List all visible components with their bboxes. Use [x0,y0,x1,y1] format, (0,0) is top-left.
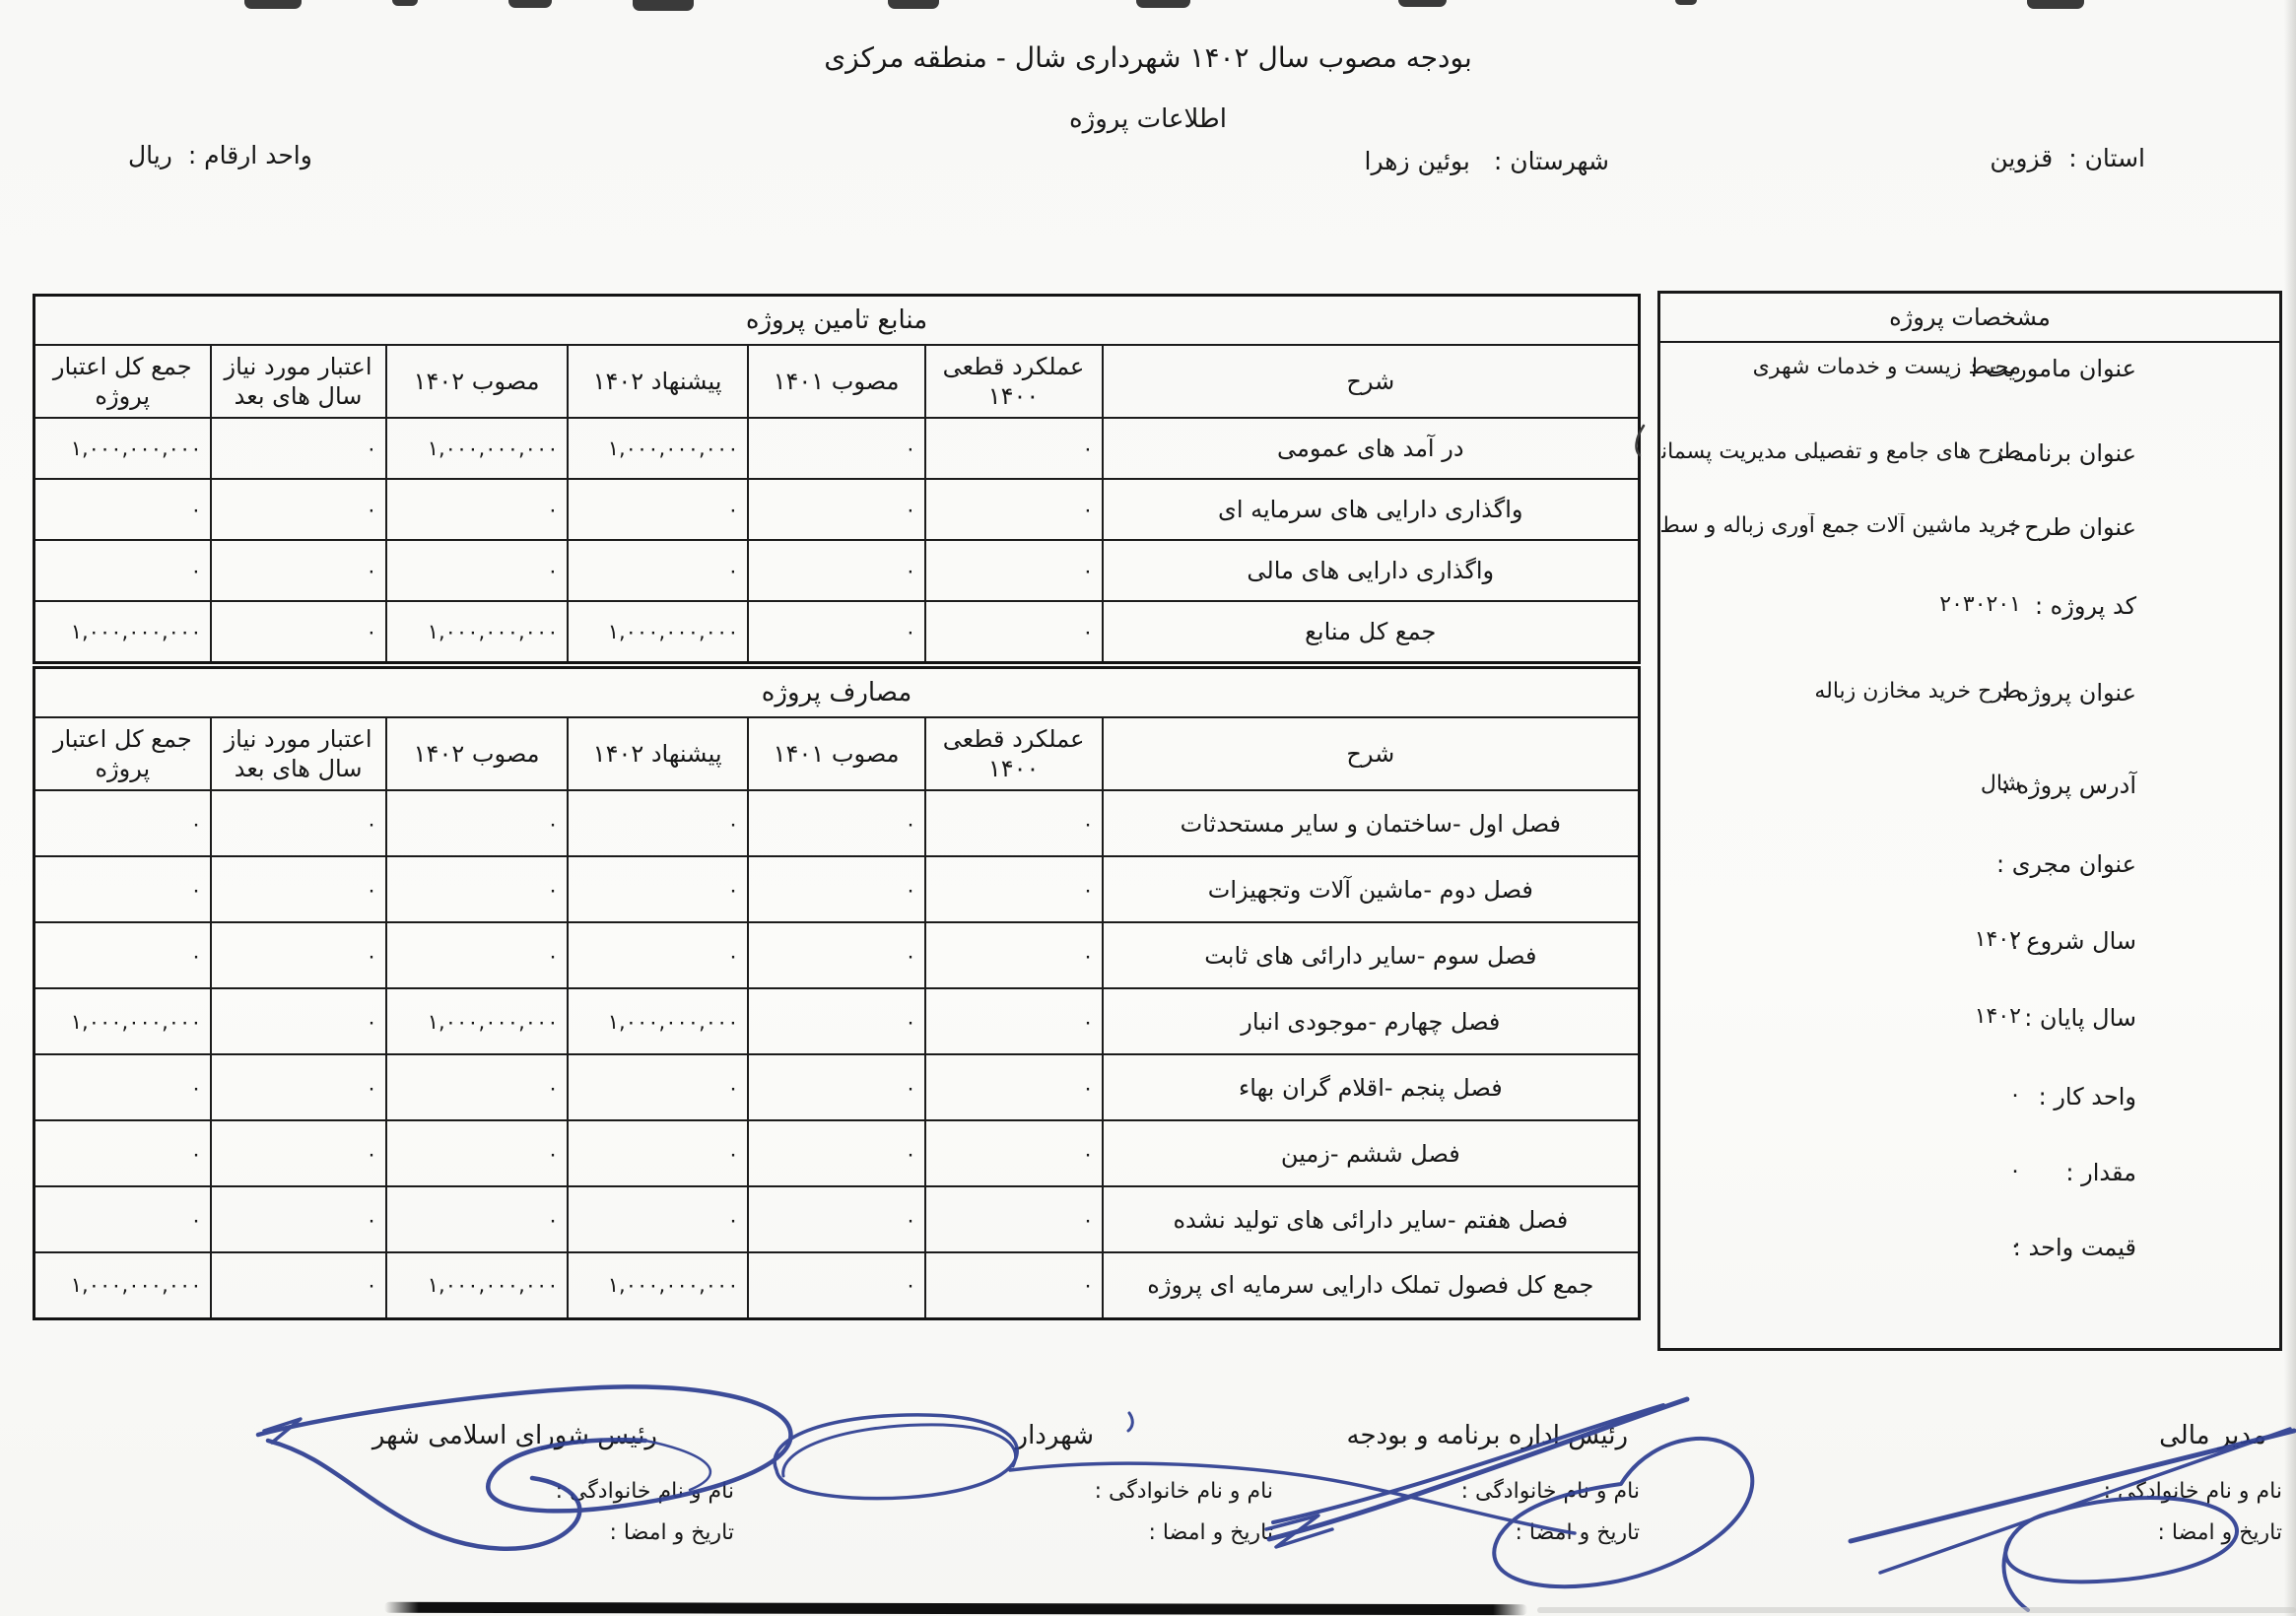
cell-proposed-1402: ۱,۰۰۰,۰۰۰,۰۰۰ [568,601,748,662]
table-row: فصل سوم -سایر دارائی های ثابت ۰ ۰ ۰ ۰ ۰ … [34,922,1640,988]
spec-field-label: مقدار : [2065,1159,2136,1186]
cell-actual-1400: ۰ [925,922,1103,988]
finance-signature-stroke [2004,1539,2028,1610]
col-desc: شرح [1103,717,1640,790]
cell-proposed-1402: ۰ [568,856,748,922]
cell-approved-1402: ۰ [386,1120,568,1186]
row-description: واگذاری دارایی های سرمایه ای [1103,479,1640,540]
spec-field-label: کد پروژه : [2035,592,2136,620]
row-description: فصل ششم -زمین [1103,1120,1640,1186]
cell-approved-1401: ۰ [748,988,925,1054]
date-signature-label: تاریخ و امضا : [372,1519,734,1547]
mayor-signature-stroke [783,1425,1016,1476]
province-label: استان : [2068,144,2145,172]
cell-proposed-1402: ۱,۰۰۰,۰۰۰,۰۰۰ [568,1252,748,1318]
spec-field-row: کد پروژه : ۲۰۳۰۲۰۱ [1660,592,2279,626]
signature-block-budget-office-head: رئیس اداره برنامه و بودجه نام و نام خانو… [1347,1419,1640,1547]
table-row: فصل چهارم -موجودی انبار ۰ ۰ ۱,۰۰۰,۰۰۰,۰۰… [34,988,1640,1054]
cell-proposed-1402: ۰ [568,1054,748,1120]
cell-actual-1400: ۰ [925,988,1103,1054]
cell-proposed-1402: ۱,۰۰۰,۰۰۰,۰۰۰ [568,418,748,479]
col-actual-1400: عملکرد قطعی ۱۴۰۰ [925,345,1103,418]
uses-table-title: مصارف پروژه [34,668,1640,718]
scan-artifact [1398,0,1447,7]
cell-actual-1400: ۰ [925,790,1103,856]
scan-artifact [633,0,694,11]
project-expenditures-table: مصارف پروژه شرح عملکرد قطعی ۱۴۰۰ مصوب ۱۴… [33,666,1641,1320]
cell-approved-1402: ۰ [386,1054,568,1120]
cell-approved-1402: ۰ [386,922,568,988]
sources-table-header-row: شرح عملکرد قطعی ۱۴۰۰ مصوب ۱۴۰۱ پیشنهاد ۱… [34,345,1640,418]
signature-block-mayor: شهردار نام و نام خانوادگی : تاریخ و امضا… [1016,1419,1273,1547]
spec-field-label: عنوان پروژه : [2001,679,2136,707]
cell-future-years: ۰ [211,1186,386,1252]
spec-field-value: ۱۴۰۲ [1975,1004,2021,1029]
date-signature-label: تاریخ و امضا : [1347,1519,1640,1547]
cell-actual-1400: ۰ [925,1252,1103,1318]
council-signature-stroke [264,1419,301,1443]
cell-total: ۱,۰۰۰,۰۰۰,۰۰۰ [34,1252,211,1318]
date-signature-label: تاریخ و امضا : [2104,1519,2282,1547]
county-value: بوئین زهرا [1365,147,1470,175]
row-description: فصل سوم -سایر دارائی های ثابت [1103,922,1640,988]
row-description: جمع کل فصول تملک دارایی سرمایه ای پروژه [1103,1252,1640,1318]
cell-proposed-1402: ۰ [568,790,748,856]
table-row: جمع کل منابع ۰ ۰ ۱,۰۰۰,۰۰۰,۰۰۰ ۱,۰۰۰,۰۰۰… [34,601,1640,662]
spec-field-label: واحد کار : [2039,1083,2136,1111]
cell-actual-1400: ۰ [925,540,1103,601]
cell-total: ۱,۰۰۰,۰۰۰,۰۰۰ [34,988,211,1054]
col-approved-1402: مصوب ۱۴۰۲ [386,717,568,790]
cell-total: ۰ [34,540,211,601]
cell-proposed-1402: ۰ [568,540,748,601]
cell-actual-1400: ۰ [925,1120,1103,1186]
spec-field-value: شال [1981,772,2021,796]
cell-total: ۱,۰۰۰,۰۰۰,۰۰۰ [34,601,211,662]
table-row: واگذاری دارایی های مالی ۰ ۰ ۰ ۰ ۰ ۰ [34,540,1640,601]
table-row: فصل اول -ساختمان و سایر مستحدثات ۰ ۰ ۰ ۰… [34,790,1640,856]
uses-table-header-row: شرح عملکرد قطعی ۱۴۰۰ مصوب ۱۴۰۱ پیشنهاد ۱… [34,717,1640,790]
spec-field-value: ۰ [2009,1234,2021,1258]
cell-future-years: ۰ [211,479,386,540]
spec-field-label: آدرس پروژه : [2001,772,2136,799]
cell-approved-1401: ۰ [748,418,925,479]
table-row: در آمد های عمومی ۰ ۰ ۱,۰۰۰,۰۰۰,۰۰۰ ۱,۰۰۰… [34,418,1640,479]
mayor-signature-stroke [775,1415,1017,1499]
cell-approved-1402: ۱,۰۰۰,۰۰۰,۰۰۰ [386,418,568,479]
county-label: شهرستان : [1494,147,1609,175]
scan-artifact [392,0,418,6]
table-row: فصل دوم -ماشین آلات وتجهیزات ۰ ۰ ۰ ۰ ۰ ۰ [34,856,1640,922]
cell-approved-1401: ۰ [748,922,925,988]
col-total: جمع کل اعتبار پروژه [34,345,211,418]
spec-field-row: قیمت واحد : ۰ [1660,1234,2279,1267]
spec-field-row: عنوان پروژه : طرح خرید مخازن زباله [1660,679,2279,712]
project-specifications-panel: مشخصات پروژه عنوان ماموریت : محیط زیست و… [1657,291,2282,1351]
currency-unit-value: ریال [128,141,172,169]
row-description: فصل اول -ساختمان و سایر مستحدثات [1103,790,1640,856]
county-field: شهرستان : بوئین زهرا [1365,147,1609,175]
col-future-years: اعتبار مورد نیاز سال های بعد [211,717,386,790]
spec-field-row: آدرس پروژه : شال [1660,772,2279,805]
cell-future-years: ۰ [211,988,386,1054]
row-description: در آمد های عمومی [1103,418,1640,479]
cell-approved-1402: ۰ [386,540,568,601]
signature-title: مدیر مالی [2104,1419,2266,1452]
signature-block-council-head: رئیس شورای اسلامی شهر نام و نام خانوادگی… [372,1419,734,1547]
cell-approved-1402: ۱,۰۰۰,۰۰۰,۰۰۰ [386,1252,568,1318]
spec-field-value: ۲۰۳۰۲۰۱ [1939,592,2021,617]
spec-field-value: خرید ماشین آلات جمع آوری زباله و سطل های… [1661,513,2021,538]
cell-proposed-1402: ۰ [568,922,748,988]
col-proposed-1402: پیشنهاد ۱۴۰۲ [568,345,748,418]
scan-artifact [384,1602,1527,1615]
cell-future-years: ۰ [211,1054,386,1120]
cell-actual-1400: ۰ [925,856,1103,922]
cell-total: ۰ [34,1186,211,1252]
scan-artifact [1537,1607,2296,1613]
cell-approved-1402: ۰ [386,856,568,922]
name-label: نام و نام خانوادگی : [372,1478,734,1506]
spec-field-label: سال شروع : [2011,927,2136,955]
cell-actual-1400: ۰ [925,1186,1103,1252]
spec-field-value: ۱۴۰۲ [1975,927,2021,952]
spec-field-row: عنوان مجری : [1660,850,2279,884]
name-label: نام و نام خانوادگی : [1347,1478,1640,1506]
cell-future-years: ۰ [211,1252,386,1318]
cell-approved-1401: ۰ [748,1252,925,1318]
row-description: فصل دوم -ماشین آلات وتجهیزات [1103,856,1640,922]
col-approved-1401: مصوب ۱۴۰۱ [748,717,925,790]
cell-approved-1401: ۰ [748,1054,925,1120]
cell-future-years: ۰ [211,1120,386,1186]
currency-unit-label: واحد ارقام : [188,141,312,169]
cell-total: ۰ [34,856,211,922]
spec-field-row: سال پایان : ۱۴۰۲ [1660,1004,2279,1038]
cell-approved-1401: ۰ [748,1120,925,1186]
table-row: فصل پنجم -اقلام گران بهاء ۰ ۰ ۰ ۰ ۰ ۰ [34,1054,1640,1120]
cell-actual-1400: ۰ [925,479,1103,540]
spec-field-value: ۰ [2009,1159,2021,1183]
spec-field-label: قیمت واحد : [2013,1234,2136,1261]
cell-actual-1400: ۰ [925,1054,1103,1120]
sources-table-body: در آمد های عمومی ۰ ۰ ۱,۰۰۰,۰۰۰,۰۰۰ ۱,۰۰۰… [34,418,1640,662]
cell-future-years: ۰ [211,418,386,479]
sources-table-title: منابع تامین پروژه [34,296,1640,346]
table-row: جمع کل فصول تملک دارایی سرمایه ای پروژه … [34,1252,1640,1318]
signature-title: رئیس اداره برنامه و بودجه [1347,1419,1628,1452]
col-approved-1402: مصوب ۱۴۰۲ [386,345,568,418]
spec-field-row: سال شروع : ۱۴۰۲ [1660,927,2279,961]
cell-future-years: ۰ [211,790,386,856]
col-desc: شرح [1103,345,1640,418]
spec-field-label: عنوان مجری : [1996,850,2136,878]
table-row: فصل هفتم -سایر دارائی های تولید نشده ۰ ۰… [34,1186,1640,1252]
row-description: واگذاری دارایی های مالی [1103,540,1640,601]
row-description: فصل پنجم -اقلام گران بهاء [1103,1054,1640,1120]
cell-approved-1401: ۰ [748,1186,925,1252]
budget-signature-stroke [1266,1515,1332,1547]
signature-title: شهردار [1016,1419,1094,1452]
cell-approved-1402: ۰ [386,479,568,540]
scan-artifact [888,0,939,9]
scan-artifact [2027,0,2084,9]
scan-artifact [1675,0,1697,5]
spec-field-label: عنوان طرح : [2009,513,2136,541]
cell-proposed-1402: ۰ [568,1186,748,1252]
province-value: قزوین [1990,144,2053,172]
currency-unit-field: واحد ارقام : ریال [128,141,312,169]
table-row: واگذاری دارایی های سرمایه ای ۰ ۰ ۰ ۰ ۰ ۰ [34,479,1640,540]
cell-approved-1402: ۰ [386,790,568,856]
table-row: فصل ششم -زمین ۰ ۰ ۰ ۰ ۰ ۰ [34,1120,1640,1186]
specs-panel-title: مشخصات پروژه [1660,294,2279,343]
cell-approved-1402: ۱,۰۰۰,۰۰۰,۰۰۰ [386,601,568,662]
cell-proposed-1402: ۰ [568,1120,748,1186]
spec-field-value: محیط زیست و خدمات شهری [1753,355,2021,379]
row-description: فصل چهارم -موجودی انبار [1103,988,1640,1054]
cell-approved-1402: ۰ [386,1186,568,1252]
cell-future-years: ۰ [211,601,386,662]
cell-total: ۰ [34,479,211,540]
scan-artifact [244,0,302,9]
cell-future-years: ۰ [211,856,386,922]
spec-field-row: عنوان ماموریت : محیط زیست و خدمات شهری [1660,355,2279,388]
col-total: جمع کل اعتبار پروژه [34,717,211,790]
cell-approved-1401: ۰ [748,540,925,601]
spec-field-row: واحد کار : ۰ [1660,1083,2279,1116]
scan-edge-shade [2284,0,2296,1616]
scan-artifact [508,0,552,8]
cell-approved-1401: ۰ [748,856,925,922]
name-label: نام و نام خانوادگی : [2104,1478,2282,1506]
cell-future-years: ۰ [211,922,386,988]
row-description: فصل هفتم -سایر دارائی های تولید نشده [1103,1186,1640,1252]
cell-total: ۰ [34,790,211,856]
spec-field-label: سال پایان : [2024,1004,2136,1032]
cell-actual-1400: ۰ [925,601,1103,662]
col-future-years: اعتبار مورد نیاز سال های بعد [211,345,386,418]
cell-total: ۱,۰۰۰,۰۰۰,۰۰۰ [34,418,211,479]
cell-proposed-1402: ۱,۰۰۰,۰۰۰,۰۰۰ [568,988,748,1054]
uses-table-body: فصل اول -ساختمان و سایر مستحدثات ۰ ۰ ۰ ۰… [34,790,1640,1318]
name-label: نام و نام خانوادگی : [1016,1478,1273,1506]
spec-field-row: عنوان برنامه : طرح های جامع و تفصیلی مدی… [1660,439,2279,473]
col-approved-1401: مصوب ۱۴۰۱ [748,345,925,418]
signature-title: رئیس شورای اسلامی شهر [372,1419,657,1452]
col-actual-1400: عملکرد قطعی ۱۴۰۰ [925,717,1103,790]
cell-approved-1401: ۰ [748,601,925,662]
project-funding-sources-table: منابع تامین پروژه شرح عملکرد قطعی ۱۴۰۰ م… [33,294,1641,664]
cell-future-years: ۰ [211,540,386,601]
document-subtitle: اطلاعات پروژه [0,104,2296,134]
signature-block-finance-director: مدیر مالی نام و نام خانوادگی : تاریخ و ا… [2104,1419,2282,1547]
col-proposed-1402: پیشنهاد ۱۴۰۲ [568,717,748,790]
spec-field-value: طرح های جامع و تفصیلی مدیریت پسماند [1661,439,2021,464]
spec-field-value: ۰ [2009,1083,2021,1108]
province-field: استان : قزوین [1990,144,2145,172]
cell-total: ۰ [34,1054,211,1120]
date-signature-label: تاریخ و امضا : [1016,1519,1273,1547]
cell-actual-1400: ۰ [925,418,1103,479]
cell-approved-1401: ۰ [748,479,925,540]
spec-field-row: عنوان طرح : خرید ماشین آلات جمع آوری زبا… [1660,513,2279,547]
cell-total: ۰ [34,1120,211,1186]
cell-proposed-1402: ۰ [568,479,748,540]
cell-approved-1402: ۱,۰۰۰,۰۰۰,۰۰۰ [386,988,568,1054]
cell-total: ۰ [34,922,211,988]
scan-artifact [1136,0,1190,8]
cell-approved-1401: ۰ [748,790,925,856]
document-title: بودجه مصوب سال ۱۴۰۲ شهرداری شال - منطقه … [0,41,2296,74]
spec-field-value: طرح خرید مخازن زباله [1814,679,2021,704]
spec-field-row: مقدار : ۰ [1660,1159,2279,1192]
scanned-budget-document: بودجه مصوب سال ۱۴۰۲ شهرداری شال - منطقه … [0,0,2296,1616]
row-description: جمع کل منابع [1103,601,1640,662]
